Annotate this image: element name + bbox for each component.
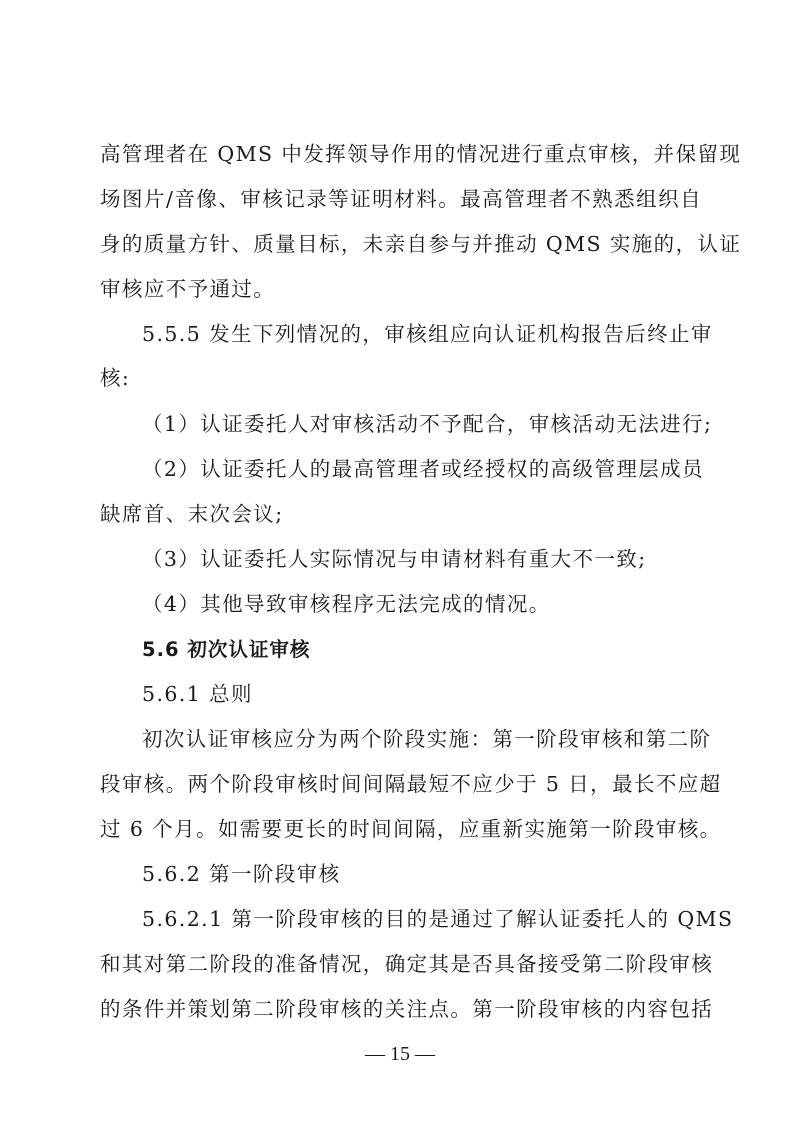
list-item-2: （2）认证委托人的最高管理者或经授权的高级管理层成员	[142, 455, 702, 483]
list-item-1: （1）认证委托人对审核活动不予配合，审核活动无法进行;	[142, 410, 702, 438]
line-text: 和其对第二阶段的准备情况，确定其是否具备接受第二阶段审核	[100, 950, 702, 978]
document-page: 高管理者在 QMS 中发挥领导作用的情况进行重点审核，并保留现 场图片/音像、审…	[0, 0, 800, 1130]
clause-5-6-2-1: 5.6.2.1 第一阶段审核的目的是通过了解认证委托人的 QMS	[142, 905, 702, 933]
paragraph-line: 和其对第二阶段的准备情况，确定其是否具备接受第二阶段审核	[100, 950, 702, 978]
line-text: 5.6.1 总则	[142, 680, 702, 708]
paragraph-line: 审核应不予通过。	[100, 275, 702, 303]
line-text: 5.6.2.1 第一阶段审核的目的是通过了解认证委托人的 QMS	[142, 905, 702, 933]
clause-5-6-1: 5.6.1 总则	[142, 680, 702, 708]
line-text: 初次认证审核应分为两个阶段实施：第一阶段审核和第二阶	[142, 725, 702, 753]
paragraph-line: 高管理者在 QMS 中发挥领导作用的情况进行重点审核，并保留现	[100, 140, 702, 168]
line-text: 过 6 个月。如需要更长的时间间隔，应重新实施第一阶段审核。	[100, 815, 702, 843]
line-text: 高管理者在 QMS 中发挥领导作用的情况进行重点审核，并保留现	[100, 140, 702, 168]
line-text: 的条件并策划第二阶段审核的关注点。第一阶段审核的内容包括	[100, 995, 702, 1023]
paragraph-line: 初次认证审核应分为两个阶段实施：第一阶段审核和第二阶	[142, 725, 702, 753]
line-text: 场图片/音像、审核记录等证明材料。最高管理者不熟悉组织自	[100, 185, 702, 213]
clause-5-5-5: 5.5.5 发生下列情况的，审核组应向认证机构报告后终止审	[142, 320, 702, 348]
line-text: 审核应不予通过。	[100, 275, 702, 303]
paragraph-line: 的条件并策划第二阶段审核的关注点。第一阶段审核的内容包括	[100, 995, 702, 1023]
paragraph-line: 身的质量方针、质量目标，未亲自参与并推动 QMS 实施的，认证	[100, 230, 702, 258]
line-text: （4）其他导致审核程序无法完成的情况。	[142, 590, 702, 618]
line-text: 段审核。两个阶段审核时间间隔最短不应少于 5 日，最长不应超	[100, 770, 702, 798]
paragraph-line: 场图片/音像、审核记录等证明材料。最高管理者不熟悉组织自	[100, 185, 702, 213]
heading-text: 5.6 初次认证审核	[142, 636, 702, 664]
line-text: 身的质量方针、质量目标，未亲自参与并推动 QMS 实施的，认证	[100, 230, 702, 258]
line-text: 5.6.2 第一阶段审核	[142, 860, 702, 888]
line-text: （1）认证委托人对审核活动不予配合，审核活动无法进行;	[142, 410, 702, 438]
line-text: （2）认证委托人的最高管理者或经授权的高级管理层成员	[142, 455, 702, 483]
line-text: 缺席首、末次会议;	[100, 500, 702, 528]
paragraph-line: 段审核。两个阶段审核时间间隔最短不应少于 5 日，最长不应超	[100, 770, 702, 798]
paragraph-line: 过 6 个月。如需要更长的时间间隔，应重新实施第一阶段审核。	[100, 815, 702, 843]
paragraph-line: 核:	[100, 364, 702, 392]
list-item-4: （4）其他导致审核程序无法完成的情况。	[142, 590, 702, 618]
section-heading-5-6: 5.6 初次认证审核	[142, 636, 702, 664]
line-text: 核:	[100, 364, 702, 392]
paragraph-line: 缺席首、末次会议;	[100, 500, 702, 528]
list-item-3: （3）认证委托人实际情况与申请材料有重大不一致;	[142, 545, 702, 573]
clause-5-6-2: 5.6.2 第一阶段审核	[142, 860, 702, 888]
line-text: 5.5.5 发生下列情况的，审核组应向认证机构报告后终止审	[142, 320, 702, 348]
page-number: — 15 —	[0, 1040, 800, 1068]
line-text: （3）认证委托人实际情况与申请材料有重大不一致;	[142, 545, 702, 573]
